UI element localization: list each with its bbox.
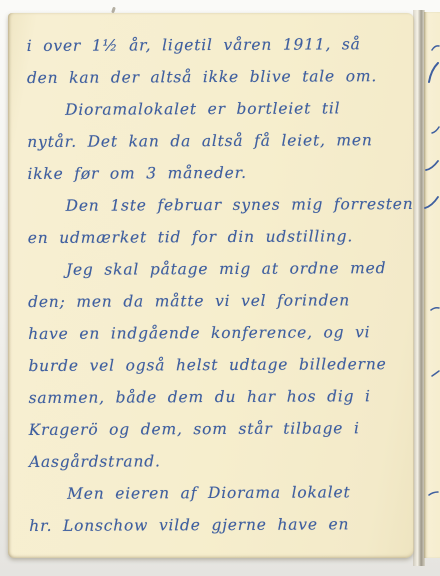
handwritten-line: i over 1½ år, ligetil våren 1911, så	[27, 28, 407, 62]
handwritten-line: hr. Lonschow vilde gjerne have en	[29, 508, 409, 542]
ink-fragment	[431, 370, 440, 378]
ink-fragment	[427, 62, 440, 84]
handwritten-line: Men eieren af Diorama lokalet	[29, 476, 409, 510]
handwritten-line: have en indgående konference, og vi	[28, 316, 408, 350]
handwritten-line: den kan der altså ikke blive tale om.	[27, 60, 407, 94]
handwritten-line: Dioramalokalet er bortleiet til	[27, 92, 407, 126]
handwritten-text-block: i over 1½ år, ligetil våren 1911, så den…	[27, 28, 410, 542]
letter-page: i over 1½ år, ligetil våren 1911, så den…	[8, 13, 414, 558]
handwritten-line: Kragerö og dem, som står tilbage i	[29, 412, 409, 446]
handwritten-line: Den 1ste februar synes mig forresten	[27, 188, 407, 222]
handwritten-line: sammen, både dem du har hos dig i	[29, 380, 409, 414]
handwritten-line: nytår. Det kan da altså få leiet, men	[27, 124, 407, 158]
handwritten-line: den; men da måtte vi vel forinden	[28, 284, 408, 318]
next-page-edge	[424, 12, 440, 558]
ink-fragment	[430, 306, 440, 312]
handwritten-line: Aasgårdstrand.	[29, 444, 409, 478]
ink-fragment	[431, 126, 440, 135]
ink-fragment	[425, 160, 440, 172]
ink-fragment	[428, 490, 439, 497]
handwritten-line: Jeg skal påtage mig at ordne med	[28, 252, 408, 286]
handwritten-line: burde vel også helst udtage billederne	[28, 348, 408, 382]
ink-fragment	[424, 196, 440, 210]
ink-fragment	[431, 44, 440, 52]
handwritten-line: ikke før om 3 måneder.	[27, 156, 407, 190]
handwritten-line: en udmærket tid for din udstilling.	[28, 220, 408, 254]
letter-scan: i over 1½ år, ligetil våren 1911, så den…	[0, 0, 440, 576]
